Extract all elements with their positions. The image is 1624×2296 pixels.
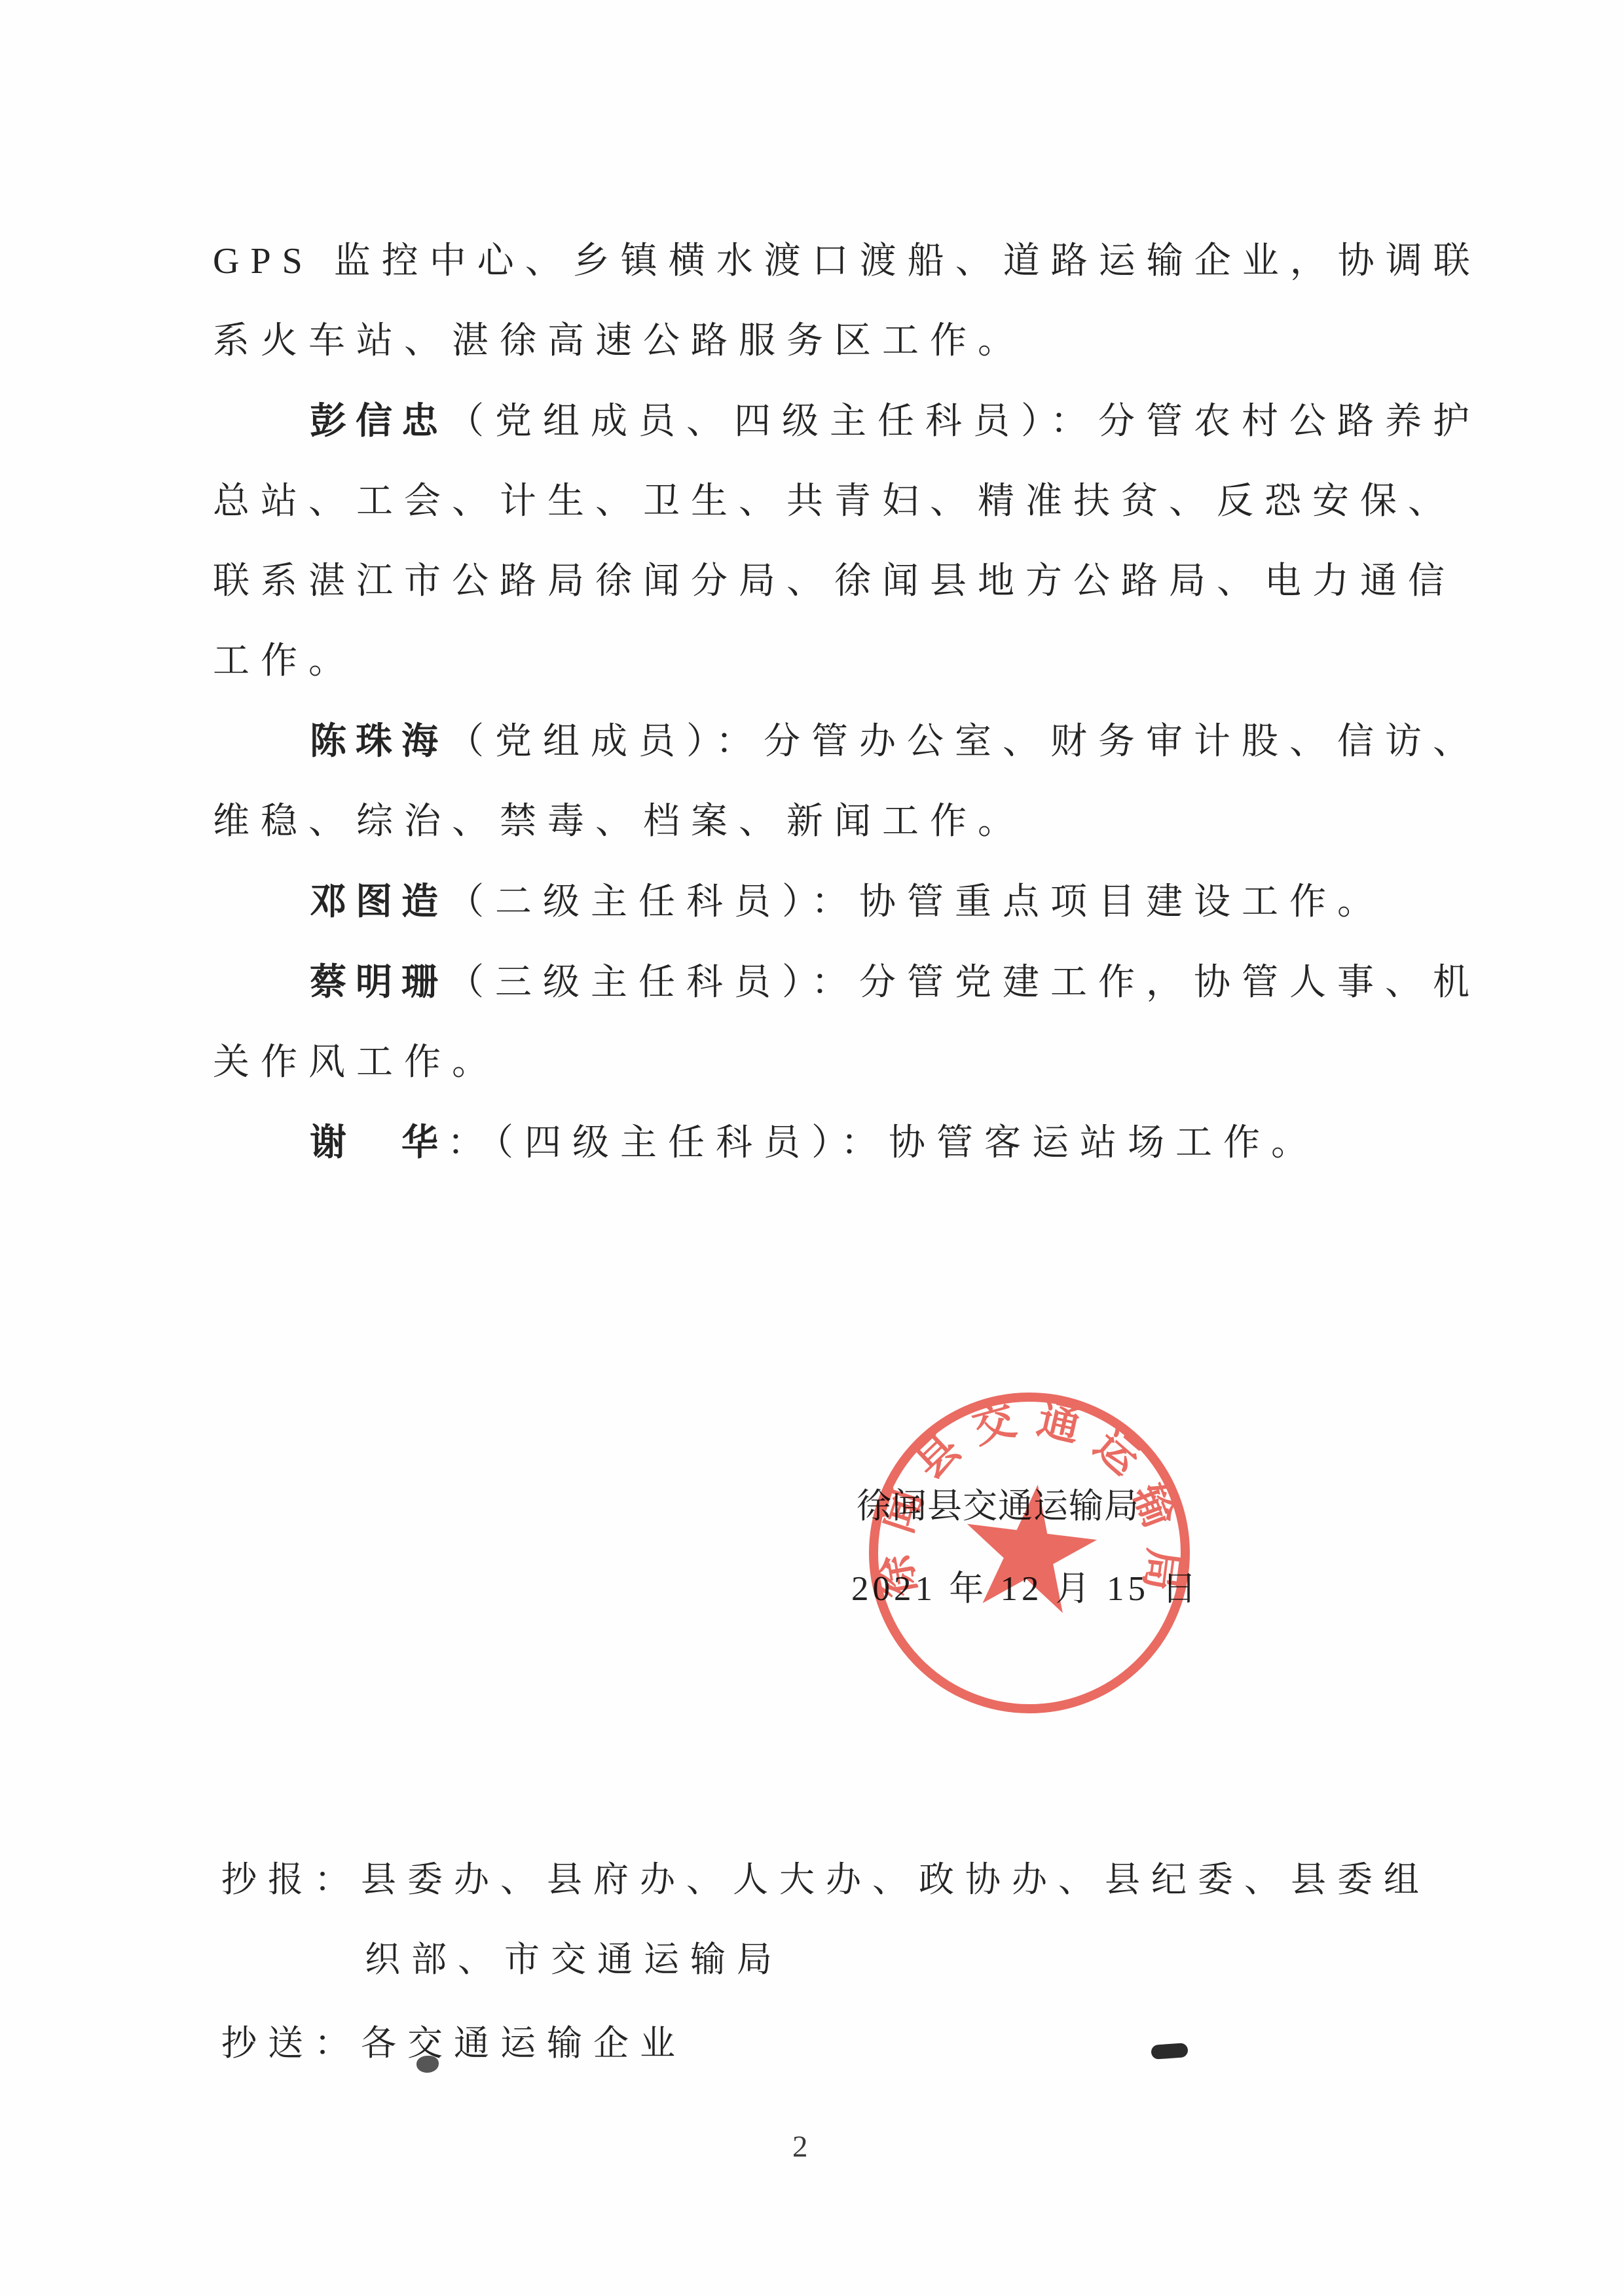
cc-report-line: 抄报：县委办、县府办、人大办、政协办、县纪委、县委组 — [221, 1851, 1430, 1902]
body-text: 工作。 — [213, 641, 356, 682]
body-text: ：（四级主任科员）：协管客运站场工作。 — [447, 1123, 1319, 1163]
body-text: GPS 监控中心、乡镇横水渡口渡船、道路运输企业，协调联 — [213, 241, 1481, 282]
body-line: 总站、工会、计生、卫生、共青妇、精准扶贫、反恐安保、 — [213, 462, 1477, 541]
person-name: 谢 华 — [310, 1121, 447, 1163]
body-text: 联系湛江市公路局徐闻分局、徐闻县地方公路局、电力通信 — [213, 561, 1456, 602]
person-name: 邓图造 — [310, 881, 447, 922]
body-text: （二级主任科员）：协管重点项目建设工作。 — [447, 882, 1385, 922]
person-name: 陈珠海 — [310, 720, 447, 761]
body-text: （三级主任科员）：分管党建工作，协管人事、机 — [447, 962, 1481, 1003]
body-line: 联系湛江市公路局徐闻分局、徐闻县地方公路局、电力通信 — [213, 541, 1477, 621]
seal-star-icon — [957, 1477, 1102, 1616]
body-line: 关作风工作。 — [213, 1023, 1477, 1102]
person-name: 彭信忠 — [310, 400, 447, 441]
body-text: 系火车站、湛徐高速公路服务区工作。 — [213, 321, 1025, 361]
document-page: GPS 监控中心、乡镇横水渡口渡船、道路运输企业，协调联 系火车站、湛徐高速公路… — [0, 0, 1624, 2296]
cc-report-text-2: 织部、市交通运输局 — [365, 1940, 783, 1979]
ink-smudge-mark — [416, 2056, 439, 2073]
person-name: 蔡明珊 — [310, 961, 447, 1002]
body-line: 工作。 — [213, 621, 1477, 701]
body-line: 陈珠海（党组成员）：分管办公室、财务审计股、信访、 — [213, 701, 1477, 782]
cc-report-label: 抄报： — [221, 1860, 361, 1899]
page-number: 2 — [792, 2129, 808, 2164]
document-body: GPS 监控中心、乡镇横水渡口渡船、道路运输企业，协调联 系火车站、湛徐高速公路… — [213, 221, 1477, 1183]
body-line: 维稳、综治、禁毒、档案、新闻工作。 — [213, 782, 1477, 862]
body-line: 系火车站、湛徐高速公路服务区工作。 — [213, 301, 1477, 381]
body-text: 维稳、综治、禁毒、档案、新闻工作。 — [213, 801, 1025, 842]
body-text: 总站、工会、计生、卫生、共青妇、精准扶贫、反恐安保、 — [213, 481, 1456, 522]
body-line: 蔡明珊（三级主任科员）：分管党建工作，协管人事、机 — [213, 942, 1477, 1023]
cc-report-line-continued: 织部、市交通运输局 — [365, 1931, 783, 1982]
cc-send-text: 各交通运输企业 — [361, 2024, 686, 2063]
ink-dash-mark — [1151, 2043, 1188, 2060]
cc-send-label: 抄送： — [221, 2024, 361, 2063]
body-text: （党组成员、四级主任科员）：分管农村公路养护 — [447, 401, 1481, 442]
body-text: 关作风工作。 — [213, 1042, 500, 1083]
cc-report-text: 县委办、县府办、人大办、政协办、县纪委、县委组 — [361, 1860, 1430, 1899]
body-line: 彭信忠（党组成员、四级主任科员）：分管农村公路养护 — [213, 381, 1477, 462]
body-line: GPS 监控中心、乡镇横水渡口渡船、道路运输企业，协调联 — [213, 221, 1477, 301]
body-text: （党组成员）：分管办公室、财务审计股、信访、 — [447, 721, 1481, 762]
official-seal-stamp: 徐闻县交通运输局 — [859, 1383, 1200, 1723]
body-line: 邓图造（二级主任科员）：协管重点项目建设工作。 — [213, 862, 1477, 942]
cc-send-line: 抄送：各交通运输企业 — [221, 2015, 686, 2066]
body-line: 谢 华：（四级主任科员）：协管客运站场工作。 — [213, 1102, 1477, 1183]
